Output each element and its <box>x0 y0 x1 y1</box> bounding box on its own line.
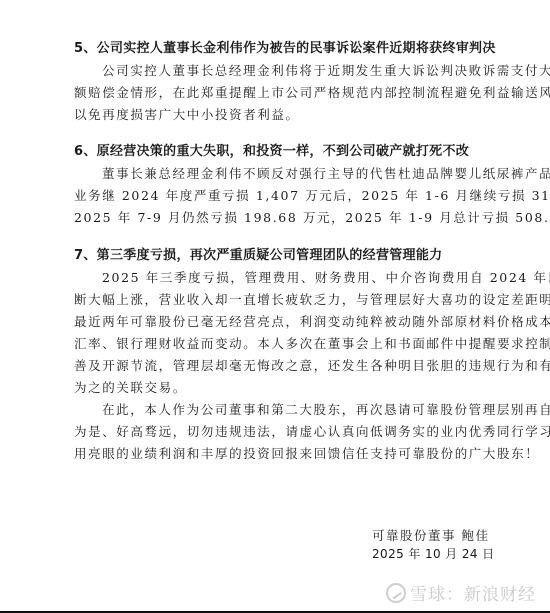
xueqiu-logo-icon <box>386 583 406 603</box>
paragraph-line: 为是、好高骛远，切勿违规违法，请虚心认真向低调务实的业内优秀同行学习， <box>74 421 474 443</box>
section-heading: 7、第三季度亏损，再次严重质疑公司管理团队的经营管理能力 <box>74 245 474 267</box>
paragraph-line: 为之的关联交易。 <box>74 377 474 399</box>
section-paragraph: 公司实控人董事长总经理金利伟将于近期发生重大诉讼判决败诉需支付大 额赔偿金情形，… <box>74 60 474 126</box>
paragraph-line: 最近两年可靠股份已毫无经营亮点，利润变动纯粹被动随外部原材料价格成本、 <box>74 311 474 333</box>
signature-name: 可靠股份董事 鲍佳 <box>372 527 495 545</box>
section-paragraph: 2025 年三季度亏损，管理费用、财务费用、中介咨询费用自 2024 年以来不 … <box>74 267 474 399</box>
signature-block: 可靠股份董事 鲍佳 2025 年 10 月 24 日 <box>372 527 495 563</box>
paragraph-line: 以免再度损害广大中小投资者利益。 <box>74 104 474 126</box>
paragraph-line: 业务继 2024 年度严重亏损 1,407 万元后，2025 年 1-6 月继续… <box>74 185 474 207</box>
paragraph-line: 在此，本人作为公司董事和第二大股东，再次恳请可靠股份管理层别再自以 <box>74 399 474 421</box>
section-7: 7、第三季度亏损，再次严重质疑公司管理团队的经营管理能力 2025 年三季度亏损… <box>74 245 474 465</box>
paragraph-line: 董事长兼总经理金利伟不顾反对强行主导的代售杜迪品牌婴儿纸尿裤产品 <box>74 163 474 185</box>
paragraph-line: 汇率、银行理财收益而变动。本人多次在董事会上和书面邮件中提醒要求控制改 <box>74 333 474 355</box>
paragraph-line: 用亮眼的业绩利润和丰厚的投资回报来回馈信任支持可靠股份的广大股东！ <box>74 443 474 465</box>
section-paragraph: 董事长兼总经理金利伟不顾反对强行主导的代售杜迪品牌婴儿纸尿裤产品 业务继 202… <box>74 163 474 229</box>
paragraph-line: 额赔偿金情形，在此郑重提醒上市公司严格规范内部控制流程避免利益输送风险， <box>74 82 474 104</box>
section-5: 5、公司实控人董事长金利伟作为被告的民事诉讼案件近期将获终审判决 公司实控人董事… <box>74 38 474 126</box>
signature-date: 2025 年 10 月 24 日 <box>372 545 495 563</box>
watermark: 雪球：新浪财经 <box>386 580 536 605</box>
paragraph-line: 2025 年三季度亏损，管理费用、财务费用、中介咨询费用自 2024 年以来不 <box>74 267 474 289</box>
section-6: 6、原经营决策的重大失职，和投资一样，不到公司破产就打死不改 董事长兼总经理金利… <box>74 141 474 229</box>
closing-paragraph: 在此，本人作为公司董事和第二大股东，再次恳请可靠股份管理层别再自以 为是、好高骛… <box>74 399 474 465</box>
document-page: 5、公司实控人董事长金利伟作为被告的民事诉讼案件近期将获终审判决 公司实控人董事… <box>74 38 474 480</box>
paragraph-line: 公司实控人董事长总经理金利伟将于近期发生重大诉讼判决败诉需支付大 <box>74 60 474 82</box>
section-heading: 5、公司实控人董事长金利伟作为被告的民事诉讼案件近期将获终审判决 <box>74 38 474 60</box>
paragraph-line: 断大幅上涨，营业收入却一直增长疲软乏力，与管理层好大喜功的设定差距明显。 <box>74 289 474 311</box>
paragraph-line: 2025 年 7-9 月仍然亏损 198.68 万元，2025 年 1-9 月总… <box>74 207 474 229</box>
section-heading: 6、原经营决策的重大失职，和投资一样，不到公司破产就打死不改 <box>74 141 474 163</box>
paragraph-line: 善及开源节流，管理层却毫无悔改之意，还发生各种明目张胆的违规行为和有意 <box>74 355 474 377</box>
watermark-text: 雪球：新浪财经 <box>410 580 536 605</box>
